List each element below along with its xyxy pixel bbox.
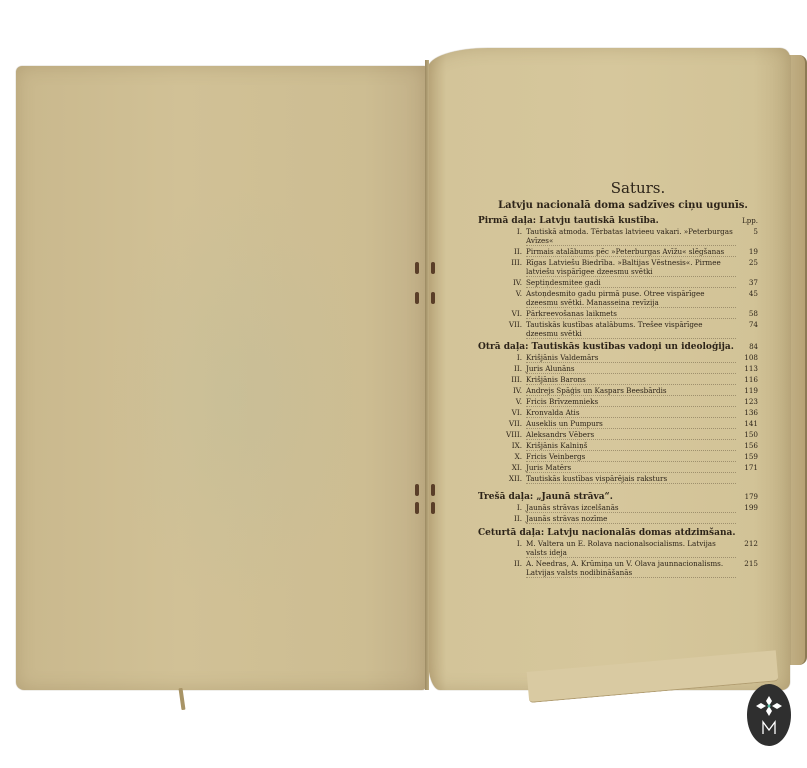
staple-icon	[431, 502, 435, 514]
toc-entry: V.Astoņdesmito gadu pirmā puse. Otree vi…	[478, 289, 758, 309]
toc-part-4: Ceturtā daļa: Latvju nacionalās domas at…	[478, 527, 758, 539]
entry-text: Juris Alunāns	[526, 364, 736, 374]
entry-number: III.	[478, 375, 526, 386]
entry-text: M. Valtera un E. Rolava nacionalsocialis…	[526, 539, 736, 558]
entry-text: Fricis Veinbergs	[526, 452, 736, 462]
toc-entry: X.Fricis Veinbergs159	[478, 452, 758, 463]
toc-entry: V.Fricis Brīvzemnieks123	[478, 397, 758, 408]
entry-number: IV.	[478, 386, 526, 397]
bookmark-ribbon	[178, 688, 185, 710]
entry-page: 25	[736, 258, 758, 278]
entry-page: 123	[736, 397, 758, 408]
entry-number: XII.	[478, 474, 526, 485]
staple-icon	[415, 262, 419, 274]
entry-page: 113	[736, 364, 758, 375]
entry-text: A. Needras, A. Krūmiņa un V. Olava jaunn…	[526, 559, 736, 578]
entry-text: Aleksandrs Vēbers	[526, 430, 736, 440]
entry-text: Rīgas Latviešu Biedrība. »Baltijas Vēstn…	[526, 258, 736, 277]
part-heading: Otrā daļa: Tautiskās kustības vadoņi un …	[478, 341, 734, 353]
entry-number: X.	[478, 452, 526, 463]
entry-page: 74	[736, 320, 758, 340]
entry-page: 119	[736, 386, 758, 397]
part-page: 84	[749, 341, 758, 353]
entry-text: Krišjānis Valdemārs	[526, 353, 736, 363]
part-heading: Trešā daļa: „Jaunā strāva“.	[478, 491, 613, 503]
toc-entry: IV.Andrejs Spāģis un Kaspars Beesbārdis1…	[478, 386, 758, 397]
entry-text: Tautiskās kustības atalābums. Trešee vis…	[526, 320, 736, 339]
entry-number: V.	[478, 289, 526, 309]
staple-icon	[431, 292, 435, 304]
entry-number: IV.	[478, 278, 526, 289]
entry-number: I.	[478, 503, 526, 514]
entry-page: 171	[736, 463, 758, 474]
toc-entry: VI.Kronvalda Atis136	[478, 408, 758, 419]
toc-entry: IX.Krišjānis Kalniņš156	[478, 441, 758, 452]
toc-entry: II.A. Needras, A. Krūmiņa un V. Olava ja…	[478, 559, 758, 579]
entry-number: I.	[478, 539, 526, 559]
entry-text: Krišjānis Barons	[526, 375, 736, 385]
entry-number: VI.	[478, 408, 526, 419]
toc-entry: I.Jaunās strāvas izcelšanās199	[478, 503, 758, 514]
toc-entry: VI.Pārkreevošanas laikmets58	[478, 309, 758, 320]
entry-number: XI.	[478, 463, 526, 474]
entry-page: 58	[736, 309, 758, 320]
diamond-flower-m-icon	[747, 684, 791, 746]
toc-entry: VII.Tautiskās kustības atalābums. Trešee…	[478, 320, 758, 340]
entry-page: 199	[736, 503, 758, 514]
entry-number: II.	[478, 364, 526, 375]
entry-number: VII.	[478, 320, 526, 340]
entry-text: Kronvalda Atis	[526, 408, 736, 418]
staple-icon	[415, 484, 419, 496]
entry-text: Andrejs Spāģis un Kaspars Beesbārdis	[526, 386, 736, 396]
toc-entry: II.Pirmais atalābums pēc »Peterburgas Av…	[478, 247, 758, 258]
entry-page: 116	[736, 375, 758, 386]
entry-page	[736, 474, 758, 485]
toc-subtitle: Latvju nacionalā doma sadzīves ciņu ugun…	[488, 198, 758, 214]
entry-text: Juris Matērs	[526, 463, 736, 473]
toc-entry: II.Jaunās strāvas nozīme	[478, 514, 758, 525]
entry-number: VII.	[478, 419, 526, 430]
entry-page: 150	[736, 430, 758, 441]
entry-number: I.	[478, 353, 526, 364]
toc-title: Saturs.	[518, 178, 758, 198]
entry-number: IX.	[478, 441, 526, 452]
entry-text: Jaunās strāvas nozīme	[526, 514, 736, 524]
part-page: 179	[745, 491, 758, 503]
entry-text: Astoņdesmito gadu pirmā puse. Otree visp…	[526, 289, 736, 308]
toc-entry: IV.Septiņdesmitee gadi37	[478, 278, 758, 289]
toc-entry: VII.Auseklis un Pumpurs141	[478, 419, 758, 430]
watermark-logo	[747, 684, 791, 746]
entry-number: III.	[478, 258, 526, 278]
toc-entry: I.Krišjānis Valdemārs108	[478, 353, 758, 364]
entry-page: 108	[736, 353, 758, 364]
entry-text: Pirmais atalābums pēc »Peterburgas Avīžu…	[526, 247, 736, 257]
toc-entry: II.Juris Alunāns113	[478, 364, 758, 375]
entry-text: Tautiskā atmoda. Tērbatas latvieeu vakar…	[526, 227, 736, 246]
entry-page: 156	[736, 441, 758, 452]
part-heading: Ceturtā daļa: Latvju nacionalās domas at…	[478, 527, 735, 539]
staple-icon	[415, 502, 419, 514]
entry-page: 5	[736, 227, 758, 247]
entry-page: 212	[736, 539, 758, 559]
entry-page: 45	[736, 289, 758, 309]
entry-number: II.	[478, 247, 526, 258]
entry-page: 37	[736, 278, 758, 289]
toc-entry: III.Krišjānis Barons116	[478, 375, 758, 386]
entry-page: 141	[736, 419, 758, 430]
entry-text: Auseklis un Pumpurs	[526, 419, 736, 429]
toc-entry: XI.Juris Matērs171	[478, 463, 758, 474]
entry-text: Krišjānis Kalniņš	[526, 441, 736, 451]
staple-icon	[431, 262, 435, 274]
part-page: Lpp.	[742, 215, 758, 227]
staple-icon	[431, 484, 435, 496]
entry-number: II.	[478, 559, 526, 579]
toc-entry: VIII.Aleksandrs Vēbers150	[478, 430, 758, 441]
entry-text: Septiņdesmitee gadi	[526, 278, 736, 288]
entry-number: II.	[478, 514, 526, 525]
staple-icon	[415, 292, 419, 304]
entry-page: 159	[736, 452, 758, 463]
entry-page	[736, 514, 758, 525]
toc-entry: III.Rīgas Latviešu Biedrība. »Baltijas V…	[478, 258, 758, 278]
entry-page: 19	[736, 247, 758, 258]
paper-stain	[106, 186, 366, 606]
left-page	[16, 66, 426, 690]
table-of-contents: Saturs. Latvju nacionalā doma sadzīves c…	[478, 178, 758, 579]
toc-part-1: Pirmā daļa: Latvju tautiskā kustība. Lpp…	[478, 215, 758, 227]
book-spine	[425, 60, 429, 690]
toc-entry: I.Tautiskā atmoda. Tērbatas latvieeu vak…	[478, 227, 758, 247]
entry-text: Fricis Brīvzemnieks	[526, 397, 736, 407]
entry-text: Tautiskās kustības vispārējais raksturs	[526, 474, 736, 484]
part-heading: Pirmā daļa: Latvju tautiskā kustība.	[478, 215, 659, 227]
entry-number: I.	[478, 227, 526, 247]
toc-entry: I.M. Valtera un E. Rolava nacionalsocial…	[478, 539, 758, 559]
entry-number: VI.	[478, 309, 526, 320]
entry-number: V.	[478, 397, 526, 408]
entry-page: 136	[736, 408, 758, 419]
toc-part-2: Otrā daļa: Tautiskās kustības vadoņi un …	[478, 341, 758, 353]
entry-text: Jaunās strāvas izcelšanās	[526, 503, 736, 513]
entry-text: Pārkreevošanas laikmets	[526, 309, 736, 319]
toc-part-3: Trešā daļa: „Jaunā strāva“. 179	[478, 491, 758, 503]
toc-entry: XII.Tautiskās kustības vispārējais rakst…	[478, 474, 758, 485]
entry-number: VIII.	[478, 430, 526, 441]
entry-page: 215	[736, 559, 758, 579]
